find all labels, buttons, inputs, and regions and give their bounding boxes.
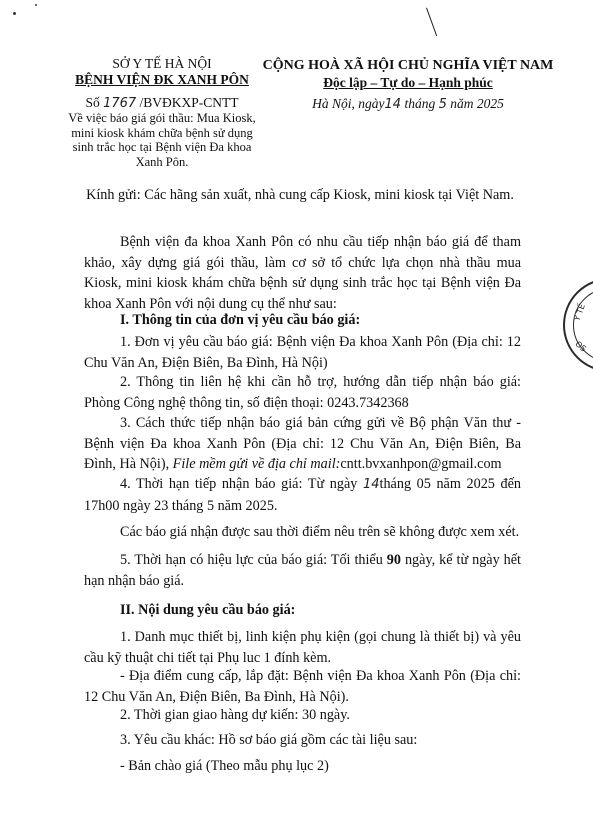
number-suffix: /BVĐKXP-CNTT [140, 95, 239, 110]
subject-line: Về việc báo giá gói thầu: Mua Kiosk, [62, 111, 262, 126]
motto: Độc lập – Tự do – Hạnh phúc [258, 75, 558, 91]
date-month: 5 [439, 97, 447, 112]
section2-item1: 1. Danh mục thiết bị, linh kiện phụ kiện… [84, 627, 521, 668]
intro-paragraph: Bệnh viện đa khoa Xanh Pôn có nhu cầu ti… [84, 232, 521, 314]
document-number: Số 1767 /BVĐKXP-CNTT [62, 95, 262, 111]
item3-italic: File mềm gửi về địa chỉ mail: [173, 456, 341, 472]
item4-day-handwritten: 14 [363, 477, 380, 492]
date-prefix: Hà Nội, ngày [312, 96, 384, 111]
date-line: Hà Nội, ngày14 tháng 5 năm 2025 [258, 96, 558, 112]
section1-title: I. Thông tin của đơn vị yêu cầu báo giá: [84, 310, 521, 331]
nation-title: CỘNG HOÀ XÃ HỘI CHỦ NGHĨA VIỆT NAM [258, 58, 558, 74]
subject-line: mini kiosk khám chữa bệnh sử dụng [62, 126, 262, 141]
email-address: cntt.bvxanhpon@gmail.com [340, 456, 501, 472]
item5-days: 90 [387, 552, 401, 568]
number-prefix: Số [85, 95, 99, 110]
date-month-label: tháng [404, 96, 435, 111]
agency-name: SỞ Y TẾ HÀ NỘI [62, 56, 262, 72]
recipient: Kính gửi: Các hãng sản xuất, nhà cung cấ… [60, 187, 540, 204]
number-handwritten: 1767 [103, 96, 136, 111]
section2-item3: 3. Yêu cầu khác: Hồ sơ báo giá gồm các t… [84, 730, 521, 751]
item5-prefix: 5. Thời hạn có hiệu lực của báo giá: Tối… [120, 552, 387, 568]
section1-item5: 5. Thời hạn có hiệu lực của báo giá: Tối… [84, 550, 521, 591]
section1-item3: 3. Cách thức tiếp nhận báo giá bản cứng … [84, 413, 521, 475]
date-year: năm 2025 [450, 96, 504, 111]
date-day: 14 [385, 97, 402, 112]
section2-location: - Địa điểm cung cấp, lắp đặt: Bệnh viện … [84, 666, 521, 707]
scan-artifact [13, 12, 16, 15]
scan-artifact [35, 4, 37, 6]
section1-item1: 1. Đơn vị yêu cầu báo giá: Bệnh viện Đa … [84, 332, 521, 373]
subject-line: Xanh Pôn. [62, 155, 262, 170]
section2-item2: 2. Thời gian giao hàng dự kiến: 30 ngày. [84, 705, 521, 726]
section2-doc1: - Bản chào giá (Theo mẫu phụ lục 2) [84, 756, 521, 777]
subject-line: sinh trắc học tại Bệnh viện Đa khoa [62, 140, 262, 155]
section1-item4: 4. Thời hạn tiếp nhận báo giá: Từ ngày 1… [84, 474, 521, 516]
section1-item2: 2. Thông tin liên hệ khi cần hỗ trợ, hướ… [84, 372, 521, 413]
official-stamp: Y TẾ OS [563, 278, 593, 372]
hospital-name: BỆNH VIỆN ĐK XANH PÔN [62, 72, 262, 88]
subject: Về việc báo giá gói thầu: Mua Kiosk, min… [62, 111, 262, 169]
pen-mark [426, 8, 438, 37]
section2-title: II. Nội dung yêu cầu báo giá: [84, 600, 521, 621]
item4-prefix: 4. Thời hạn tiếp nhận báo giá: Từ ngày [120, 476, 363, 492]
section1-note: Các báo giá nhận được sau thời điểm nêu … [84, 522, 521, 543]
